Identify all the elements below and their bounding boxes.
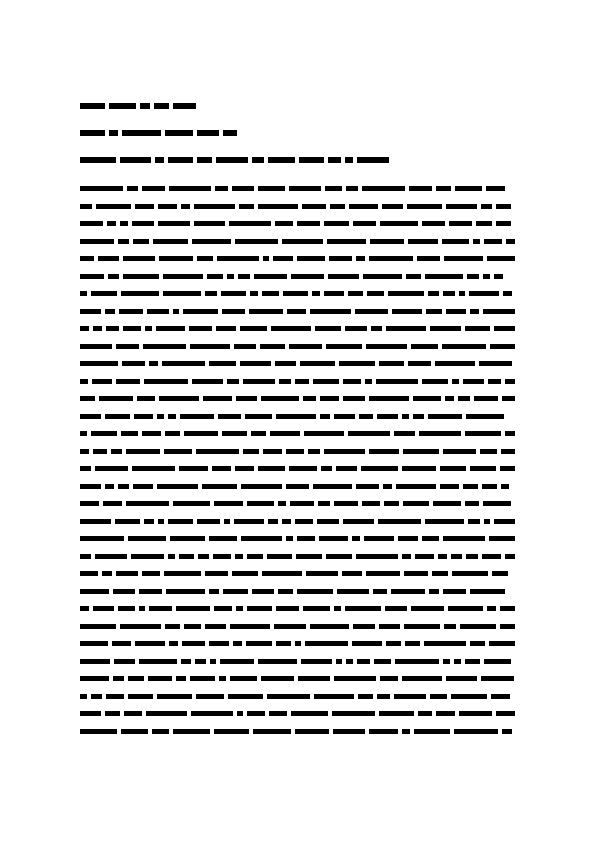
redacted-word bbox=[116, 344, 139, 349]
redacted-word bbox=[336, 659, 342, 664]
redacted-word bbox=[470, 641, 485, 646]
redacted-word bbox=[173, 103, 196, 109]
redacted-word bbox=[170, 536, 205, 541]
body-line bbox=[80, 465, 515, 471]
redacted-word bbox=[448, 606, 483, 611]
redacted-word bbox=[383, 484, 392, 489]
redacted-word bbox=[198, 554, 209, 559]
redacted-word bbox=[241, 484, 282, 489]
redacted-word bbox=[142, 571, 160, 576]
redacted-word bbox=[127, 186, 138, 191]
redacted-word bbox=[371, 326, 382, 331]
redacted-word bbox=[247, 711, 265, 716]
redacted-word bbox=[505, 379, 515, 384]
redacted-word bbox=[386, 641, 401, 646]
redacted-word bbox=[190, 676, 215, 681]
redacted-word bbox=[484, 519, 490, 524]
redacted-word bbox=[324, 449, 365, 454]
redacted-word bbox=[286, 449, 304, 454]
redacted-word bbox=[324, 221, 349, 226]
redacted-word bbox=[261, 676, 294, 681]
redacted-word bbox=[239, 204, 254, 209]
redacted-word bbox=[80, 379, 88, 384]
redacted-word bbox=[369, 256, 413, 261]
redacted-word bbox=[466, 414, 504, 419]
redacted-word bbox=[197, 256, 213, 261]
redacted-word bbox=[203, 396, 232, 401]
redacted-word bbox=[80, 414, 101, 419]
redacted-word bbox=[303, 396, 316, 401]
redacted-word bbox=[487, 256, 515, 261]
redacted-word bbox=[369, 449, 399, 454]
redacted-word bbox=[120, 157, 151, 163]
redacted-word bbox=[370, 239, 404, 244]
redacted-word bbox=[80, 571, 98, 576]
redacted-word bbox=[232, 571, 258, 576]
redacted-word bbox=[80, 501, 99, 506]
redacted-word bbox=[163, 274, 203, 279]
redacted-word bbox=[402, 466, 436, 471]
redacted-word bbox=[297, 256, 325, 261]
redacted-word bbox=[258, 466, 285, 471]
redacted-word bbox=[157, 694, 192, 699]
redacted-word bbox=[505, 431, 515, 436]
redacted-word bbox=[232, 186, 254, 191]
redacted-word bbox=[140, 103, 150, 109]
redacted-word bbox=[196, 449, 239, 454]
redacted-word bbox=[483, 274, 490, 279]
redacted-word bbox=[179, 554, 194, 559]
redacted-word bbox=[334, 501, 358, 506]
redacted-word bbox=[408, 361, 431, 366]
redacted-word bbox=[120, 221, 128, 226]
redacted-word bbox=[241, 536, 282, 541]
redacted-word bbox=[468, 519, 480, 524]
redacted-word bbox=[428, 291, 439, 296]
redacted-word bbox=[108, 274, 119, 279]
redacted-word bbox=[215, 186, 228, 191]
redacted-word bbox=[310, 624, 349, 629]
redacted-word bbox=[235, 239, 278, 244]
redacted-word bbox=[430, 694, 447, 699]
redacted-word bbox=[392, 309, 422, 314]
redacted-word bbox=[80, 309, 101, 314]
body-line bbox=[80, 553, 515, 559]
redacted-word bbox=[349, 204, 378, 209]
redacted-word bbox=[80, 449, 89, 454]
redacted-word bbox=[352, 536, 360, 541]
redacted-word bbox=[430, 326, 461, 331]
redacted-word bbox=[438, 554, 447, 559]
redacted-word bbox=[270, 431, 300, 436]
body-line bbox=[80, 623, 515, 629]
redacted-word bbox=[455, 186, 482, 191]
redacted-word bbox=[80, 103, 105, 109]
redacted-word bbox=[295, 379, 309, 384]
redacted-word bbox=[80, 344, 112, 349]
redacted-word bbox=[348, 291, 363, 296]
redacted-word bbox=[173, 729, 210, 734]
redacted-word bbox=[377, 414, 398, 419]
redacted-word bbox=[480, 449, 497, 454]
redacted-word bbox=[446, 204, 477, 209]
redacted-word bbox=[376, 379, 418, 384]
redacted-word bbox=[210, 659, 216, 664]
redacted-word bbox=[366, 571, 400, 576]
redacted-word bbox=[119, 309, 143, 314]
redacted-word bbox=[487, 606, 496, 611]
redacted-word bbox=[228, 694, 263, 699]
body-line bbox=[80, 570, 515, 576]
redacted-word bbox=[295, 519, 313, 524]
redacted-word bbox=[115, 519, 140, 524]
redacted-word bbox=[80, 484, 101, 489]
redacted-word bbox=[169, 186, 211, 191]
redacted-word bbox=[295, 729, 329, 734]
redacted-word bbox=[481, 676, 514, 681]
redacted-word bbox=[194, 221, 225, 226]
redacted-word bbox=[425, 519, 464, 524]
redacted-word bbox=[334, 606, 341, 611]
redacted-word bbox=[357, 659, 370, 664]
redacted-word bbox=[118, 239, 129, 244]
redacted-word bbox=[173, 309, 179, 314]
redacted-word bbox=[165, 624, 180, 629]
redacted-word bbox=[363, 274, 402, 279]
redacted-word bbox=[449, 221, 472, 226]
body-line bbox=[80, 360, 515, 366]
redacted-word bbox=[496, 204, 511, 209]
redacted-word bbox=[148, 676, 172, 681]
redacted-word bbox=[500, 606, 515, 611]
redacted-word bbox=[506, 239, 515, 244]
redacted-word bbox=[345, 157, 353, 163]
redacted-word bbox=[128, 536, 166, 541]
redacted-word bbox=[334, 414, 355, 419]
redacted-word bbox=[483, 501, 511, 506]
redacted-word bbox=[247, 501, 274, 506]
redacted-word bbox=[328, 274, 359, 279]
redacted-word bbox=[191, 711, 233, 716]
redacted-word bbox=[149, 606, 172, 611]
redacted-word bbox=[494, 274, 503, 279]
redacted-word bbox=[209, 536, 237, 541]
redacted-word bbox=[236, 606, 243, 611]
redacted-word bbox=[343, 396, 365, 401]
body-line bbox=[80, 430, 515, 436]
redacted-word bbox=[484, 659, 511, 664]
redacted-word bbox=[152, 729, 169, 734]
redacted-word bbox=[219, 676, 226, 681]
redacted-word bbox=[327, 239, 366, 244]
redacted-word bbox=[380, 676, 398, 681]
redacted-word bbox=[502, 729, 512, 734]
redacted-word bbox=[384, 501, 399, 506]
redacted-word bbox=[134, 414, 153, 419]
redacted-word bbox=[308, 449, 320, 454]
redacted-word bbox=[345, 326, 367, 331]
redacted-word bbox=[124, 711, 142, 716]
redacted-word bbox=[467, 274, 479, 279]
redacted-word bbox=[443, 449, 476, 454]
redacted-word bbox=[133, 484, 153, 489]
redacted-word bbox=[121, 729, 148, 734]
redacted-word bbox=[422, 536, 439, 541]
redacted-word bbox=[128, 676, 144, 681]
redacted-word bbox=[145, 326, 152, 331]
redacted-word bbox=[452, 379, 459, 384]
redacted-word bbox=[435, 361, 475, 366]
redacted-word bbox=[156, 326, 185, 331]
redacted-word bbox=[261, 396, 299, 401]
redacted-word bbox=[166, 589, 205, 594]
redacted-word bbox=[111, 449, 122, 454]
redacted-word bbox=[202, 484, 237, 489]
redacted-word bbox=[482, 484, 497, 489]
redacted-word bbox=[320, 396, 339, 401]
redacted-word bbox=[314, 694, 354, 699]
redacted-word bbox=[324, 291, 344, 296]
redacted-word bbox=[465, 326, 490, 331]
redacted-word bbox=[139, 589, 162, 594]
redacted-word bbox=[207, 274, 223, 279]
redacted-word bbox=[377, 694, 390, 699]
redacted-word bbox=[286, 536, 293, 541]
redacted-word bbox=[429, 589, 439, 594]
redacted-word bbox=[227, 274, 234, 279]
redacted-word bbox=[234, 519, 264, 524]
redacted-word bbox=[313, 484, 352, 489]
redacted-word bbox=[80, 291, 87, 296]
redacted-word bbox=[328, 157, 341, 163]
redacted-word bbox=[391, 589, 425, 594]
redacted-word bbox=[367, 291, 384, 296]
redacted-word bbox=[238, 274, 250, 279]
redacted-word bbox=[365, 379, 372, 384]
redacted-word bbox=[407, 204, 442, 209]
redacted-word bbox=[500, 624, 515, 629]
redacted-word bbox=[222, 431, 247, 436]
redacted-word bbox=[466, 554, 478, 559]
redacted-word bbox=[103, 501, 122, 506]
redacted-word bbox=[374, 659, 391, 664]
redacted-word bbox=[80, 326, 89, 331]
redacted-word bbox=[325, 186, 342, 191]
redacted-word bbox=[80, 431, 87, 436]
redacted-word bbox=[395, 659, 439, 664]
redacted-word bbox=[348, 431, 390, 436]
redacted-word bbox=[168, 157, 193, 163]
redacted-word bbox=[262, 291, 279, 296]
redacted-word bbox=[413, 414, 424, 419]
redacted-word bbox=[494, 519, 515, 524]
redacted-word bbox=[80, 589, 109, 594]
body-line bbox=[80, 273, 515, 279]
redacted-word bbox=[355, 309, 388, 314]
redacted-word bbox=[458, 396, 470, 401]
redacted-word bbox=[304, 431, 344, 436]
redacted-word bbox=[318, 501, 330, 506]
redacted-word bbox=[278, 589, 293, 594]
redacted-word bbox=[120, 624, 161, 629]
redacted-word bbox=[105, 484, 114, 489]
redacted-word bbox=[501, 449, 515, 454]
redacted-word bbox=[282, 519, 291, 524]
redacted-word bbox=[356, 554, 398, 559]
redacted-word bbox=[106, 694, 124, 699]
redacted-word bbox=[209, 361, 236, 366]
redacted-word bbox=[484, 239, 502, 244]
redacted-word bbox=[444, 256, 483, 261]
redacted-word bbox=[222, 309, 245, 314]
redacted-word bbox=[139, 659, 177, 664]
redacted-word bbox=[92, 379, 112, 384]
redacted-word bbox=[320, 414, 330, 419]
header-line bbox=[80, 157, 389, 163]
redacted-word bbox=[299, 157, 324, 163]
redacted-word bbox=[169, 641, 178, 646]
body-line bbox=[80, 675, 515, 681]
redacted-word bbox=[321, 466, 332, 471]
redacted-word bbox=[121, 291, 159, 296]
redacted-word bbox=[492, 571, 508, 576]
redacted-word bbox=[80, 606, 89, 611]
redacted-word bbox=[446, 309, 466, 314]
redacted-word bbox=[132, 466, 175, 471]
redacted-word bbox=[345, 606, 381, 611]
redacted-word bbox=[490, 344, 515, 349]
redacted-word bbox=[369, 729, 398, 734]
redacted-word bbox=[454, 729, 498, 734]
redacted-word bbox=[356, 256, 365, 261]
redacted-word bbox=[142, 186, 165, 191]
redacted-word bbox=[132, 221, 154, 226]
redacted-word bbox=[223, 589, 248, 594]
redacted-word bbox=[402, 729, 410, 734]
redacted-word bbox=[263, 256, 269, 261]
redacted-word bbox=[105, 414, 130, 419]
redacted-word bbox=[488, 379, 501, 384]
redacted-word bbox=[332, 711, 375, 716]
redacted-word bbox=[247, 606, 272, 611]
redacted-word bbox=[254, 274, 287, 279]
redacted-word bbox=[149, 361, 158, 366]
redacted-word bbox=[258, 204, 298, 209]
redacted-word bbox=[245, 414, 272, 419]
redacted-word bbox=[165, 130, 193, 136]
redacted-word bbox=[80, 256, 94, 261]
redacted-word bbox=[240, 361, 271, 366]
redacted-word bbox=[276, 606, 299, 611]
redacted-word bbox=[155, 157, 164, 163]
redacted-word bbox=[106, 326, 119, 331]
redacted-word bbox=[342, 571, 362, 576]
redacted-word bbox=[305, 641, 348, 646]
redacted-word bbox=[212, 466, 231, 471]
redacted-word bbox=[402, 554, 411, 559]
redacted-word bbox=[122, 361, 145, 366]
redacted-word bbox=[109, 103, 136, 109]
redacted-word bbox=[379, 361, 404, 366]
redacted-word bbox=[146, 711, 187, 716]
redacted-word bbox=[289, 466, 317, 471]
redacted-word bbox=[273, 256, 293, 261]
redacted-word bbox=[95, 554, 127, 559]
redacted-word bbox=[398, 536, 418, 541]
redacted-word bbox=[260, 344, 285, 349]
redacted-word bbox=[330, 204, 345, 209]
redacted-word bbox=[263, 449, 282, 454]
redacted-word bbox=[300, 361, 335, 366]
redacted-word bbox=[197, 519, 220, 524]
redacted-word bbox=[180, 414, 214, 419]
redacted-word bbox=[296, 554, 322, 559]
redacted-word bbox=[116, 379, 140, 384]
redacted-word bbox=[205, 571, 228, 576]
redacted-word bbox=[126, 449, 160, 454]
redacted-word bbox=[452, 571, 488, 576]
redacted-word bbox=[137, 396, 155, 401]
redacted-word bbox=[113, 676, 124, 681]
redacted-word bbox=[460, 624, 496, 629]
redacted-word bbox=[402, 676, 442, 681]
redacted-word bbox=[343, 379, 361, 384]
redacted-word bbox=[251, 431, 266, 436]
body-line bbox=[80, 220, 515, 226]
redacted-word bbox=[443, 589, 466, 594]
redacted-word bbox=[380, 221, 418, 226]
redacted-word bbox=[333, 729, 365, 734]
redacted-word bbox=[80, 130, 105, 136]
redacted-word bbox=[233, 641, 242, 646]
redacted-word bbox=[80, 676, 109, 681]
redacted-word bbox=[91, 694, 102, 699]
redacted-word bbox=[476, 221, 492, 226]
redacted-word bbox=[326, 344, 362, 349]
redacted-word bbox=[315, 326, 341, 331]
redacted-word bbox=[252, 157, 264, 163]
redacted-word bbox=[144, 519, 154, 524]
redacted-word bbox=[113, 589, 135, 594]
redacted-word bbox=[192, 379, 223, 384]
body-line bbox=[80, 640, 515, 646]
redacted-word bbox=[197, 157, 212, 163]
redacted-word bbox=[317, 519, 339, 524]
redacted-word bbox=[394, 694, 426, 699]
redacted-word bbox=[98, 256, 119, 261]
redacted-word bbox=[443, 536, 485, 541]
redacted-word bbox=[473, 239, 480, 244]
redacted-word bbox=[443, 291, 455, 296]
redacted-word bbox=[99, 396, 133, 401]
redacted-word bbox=[289, 186, 321, 191]
redacted-word bbox=[366, 344, 407, 349]
redacted-word bbox=[379, 711, 414, 716]
redacted-word bbox=[190, 344, 230, 349]
redacted-word bbox=[359, 414, 373, 419]
redacted-word bbox=[414, 729, 450, 734]
redacted-word bbox=[105, 711, 120, 716]
redacted-word bbox=[362, 186, 405, 191]
body-line bbox=[80, 185, 515, 191]
redacted-word bbox=[268, 157, 295, 163]
redacted-word bbox=[154, 103, 169, 109]
redacted-word bbox=[373, 589, 387, 594]
redacted-word bbox=[168, 519, 193, 524]
redacted-word bbox=[216, 326, 236, 331]
body-line bbox=[80, 238, 515, 244]
redacted-word bbox=[80, 361, 118, 366]
